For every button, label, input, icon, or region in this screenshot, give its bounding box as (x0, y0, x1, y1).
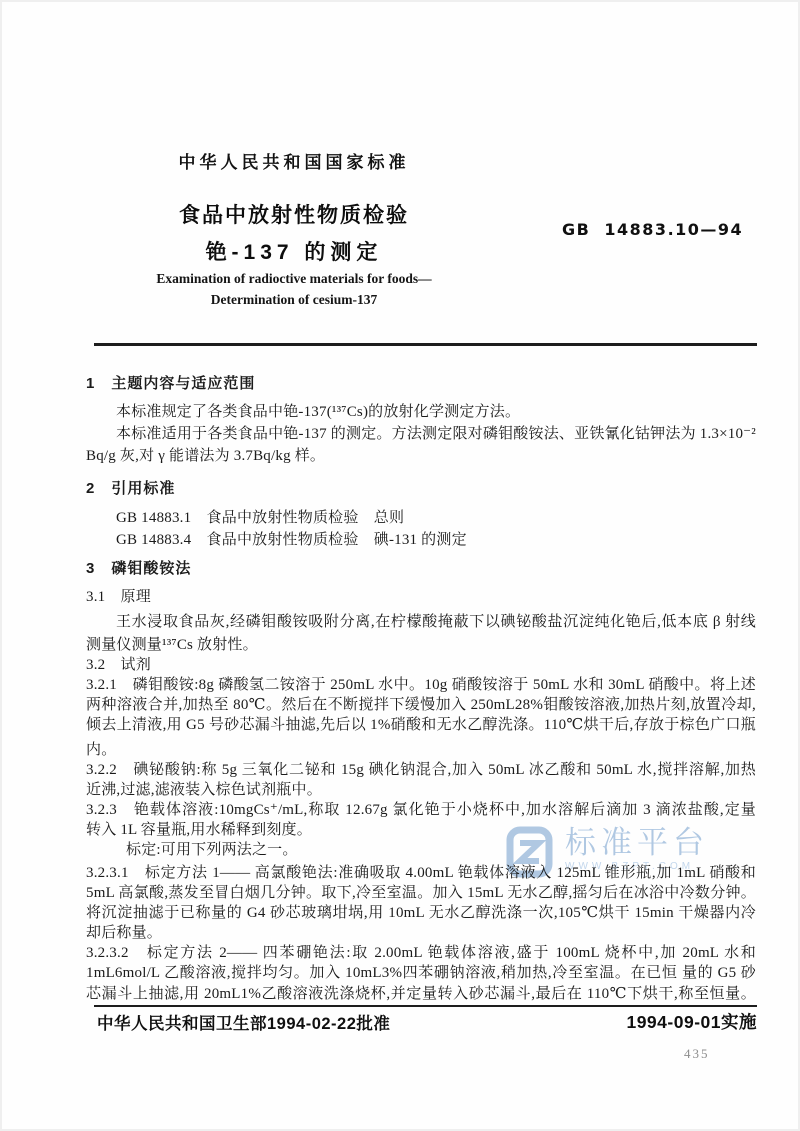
standard-label: 中华人民共和国国家标准 (0, 148, 588, 173)
text-line: 3.2.3 铯载体溶液:10mgCs⁺/mL,称取 12.67g 氯化铯于小烧杯… (86, 800, 756, 820)
text-line: 将沉淀抽滤于已称量的 G4 砂芯玻璃坩埚,用 10mL 无水乙醇洗涤一次,105… (86, 903, 756, 923)
english-title-line2: Determination of cesium-137 (0, 292, 588, 308)
text-line: 本标准适用于各类食品中铯-137 的测定。方法测定限对磷钼酸铵法、亚铁氰化钴钾法… (116, 424, 756, 444)
page-number: 435 (684, 1046, 710, 1062)
text-line: 5mL 高氯酸,蒸发至冒白烟几分钟。取下,冷至室温。加入 15mL 无水乙醇,摇… (86, 883, 756, 903)
header-rule (94, 343, 757, 346)
text-line: 两种溶液合并,加热至 80℃。然后在不断搅拌下缓慢加入 250mL28%钼酸铵溶… (86, 695, 756, 715)
subsection-heading: 3.1 原理 (86, 587, 756, 607)
text-line: 内。 (86, 740, 756, 760)
text-line: 却后称量。 (86, 923, 756, 943)
standard-code: GB 14883.10—94 (562, 220, 743, 239)
footer-rule (94, 1005, 757, 1007)
text-line: 近沸,过滤,滤液装入棕色试剂瓶中。 (86, 780, 756, 800)
text-line: 3.2.1 磷钼酸铵:8g 磷酸氢二铵溶于 250mL 水中。10g 硝酸铵溶于… (86, 675, 756, 695)
text-line: Bq/g 灰,对 γ 能谱法为 3.7Bq/kg 样。 (86, 446, 756, 466)
reference-line: GB 14883.1 食品中放射性物质检验 总则 (116, 508, 756, 528)
text-line: 转入 1L 容量瓶,用水稀释到刻度。 (86, 820, 756, 840)
text-line: 本标准规定了各类食品中铯-137(¹³⁷Cs)的放射化学测定方法。 (116, 402, 756, 422)
text-line: 标定:可用下列两法之一。 (126, 840, 756, 860)
document-title-line2: 铯-137 的测定 (0, 236, 588, 266)
text-line: 1mL6mol/L 乙酸溶液,搅拌均匀。加入 10mL3%四苯硼钠溶液,稍加热,… (86, 963, 756, 983)
section-heading-1: 1 主题内容与适应范围 (86, 374, 756, 394)
reference-line: GB 14883.4 食品中放射性物质检验 碘-131 的测定 (116, 530, 756, 550)
text-line: 测量仪测量¹³⁷Cs 放射性。 (86, 635, 756, 655)
subsection-heading: 3.2 试剂 (86, 655, 756, 675)
approval-note: 中华人民共和国卫生部1994-02-22批准 (97, 1010, 390, 1034)
document-page: 中华人民共和国国家标准 食品中放射性物质检验 铯-137 的测定 Examina… (0, 0, 800, 1131)
implementation-note: 1994-09-01实施 (626, 1009, 757, 1034)
text-line: 芯漏斗上抽滤,用 20mL1%乙酸溶液洗涤烧杯,并定量转入砂芯漏斗,最后在 11… (86, 984, 756, 1004)
text-line: 3.2.3.2 标定方法 2—— 四苯硼铯法:取 2.00mL 铯载体溶液,盛于… (86, 943, 756, 963)
text-line: 3.2.3.1 标定方法 1—— 高氯酸铯法:准确吸取 4.00mL 铯载体溶液… (86, 863, 756, 883)
document-title-line1: 食品中放射性物质检验 (0, 199, 588, 229)
text-line: 3.2.2 碘铋酸钠:称 5g 三氧化二铋和 15g 碘化钠混合,加入 50mL… (86, 760, 756, 780)
section-heading-2: 2 引用标准 (86, 479, 756, 499)
section-heading-3: 3 磷钼酸铵法 (86, 559, 756, 579)
text-line: 王水浸取食品灰,经磷钼酸铵吸附分离,在柠檬酸掩蔽下以碘铋酸盐沉淀纯化铯后,低本底… (116, 612, 756, 632)
text-line: 倾去上清液,用 G5 号砂芯漏斗抽滤,先后以 1%硝酸和无水乙醇洗涤。110℃烘… (86, 715, 756, 735)
english-title-line1: Examination of radioctive materials for … (0, 271, 588, 287)
